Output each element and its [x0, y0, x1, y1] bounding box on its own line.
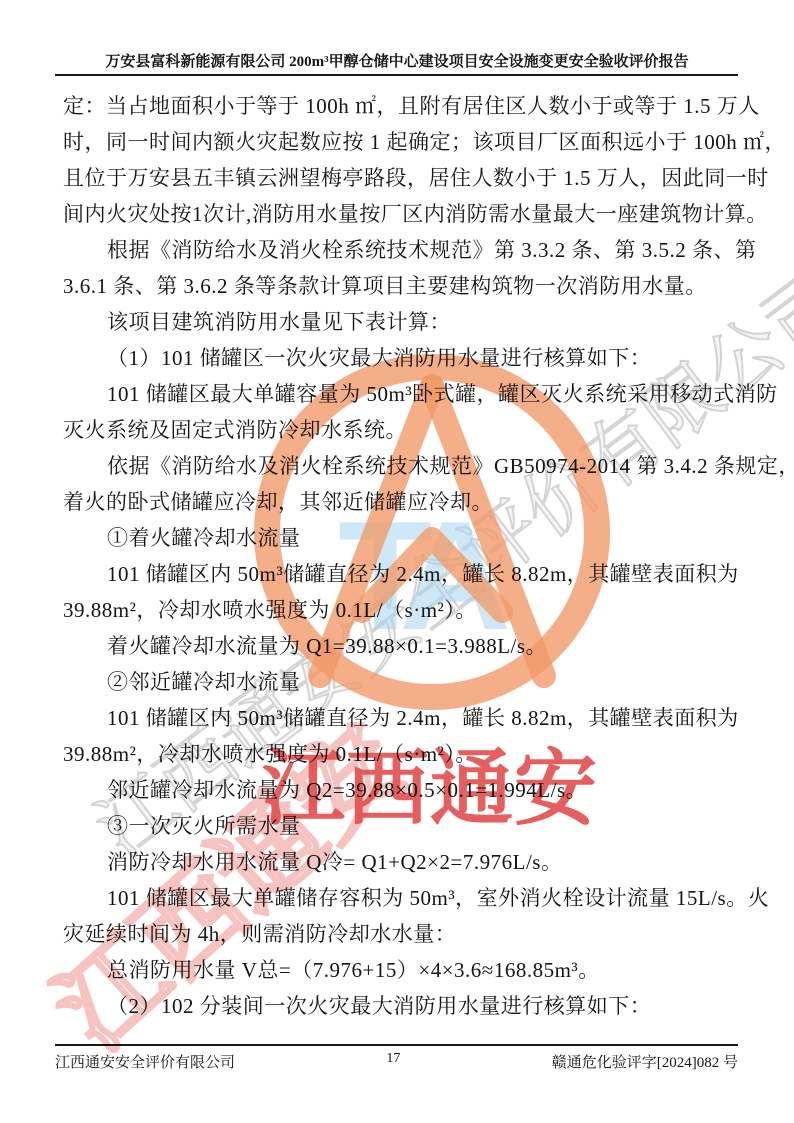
footer: 江西通安安全评价有限公司 17 赣通危化验评字[2024]082 号 [55, 1044, 738, 1072]
text-line: 间内火灾处按1次计,消防用水量按厂区内消防需水量最大一座建筑物计算。 [63, 196, 738, 232]
text-line: ②邻近罐冷却水流量 [63, 664, 738, 700]
text-line: 邻近罐冷却水流量为 Q2=39.88×0.5×0.1=1.994L/s。 [63, 772, 738, 808]
text-line: 且位于万安县五丰镇云洲望梅亭路段，居住人数小于 1.5 万人，因此同一时 [63, 160, 738, 196]
text-line: 着火的卧式储罐应冷却，其邻近储罐应冷却。 [63, 484, 738, 520]
footer-company: 江西通安安全评价有限公司 [55, 1051, 235, 1072]
text-line: ③一次灭火所需水量 [63, 808, 738, 844]
text-line: 总消防用水量 V总=（7.976+15）×4×3.6≈168.85m³。 [63, 952, 738, 988]
text-line: 101 储罐区最大单罐容量为 50m³卧式罐，罐区灭火系统采用移动式消防 [63, 376, 738, 412]
body-text: 定：当占地面积小于等于 100h ㎡，且附有居住区人数小于或等于 1.5 万人时… [63, 88, 738, 1024]
text-line: 依据《消防给水及消火栓系统技术规范》GB50974-2014 第 3.4.2 条… [63, 448, 738, 484]
text-line: 39.88m²，冷却水喷水强度为 0.1L/（s·m²）。 [63, 592, 738, 628]
text-line: 101 储罐区内 50m³储罐直径为 2.4m，罐长 8.82m，其罐壁表面积为 [63, 700, 738, 736]
text-line: 3.6.1 条、第 3.6.2 条等条款计算项目主要建构筑物一次消防用水量。 [63, 268, 738, 304]
text-line: 根据《消防给水及消火栓系统技术规范》第 3.3.2 条、第 3.5.2 条、第 [63, 232, 738, 268]
text-line: 101 储罐区最大单罐储存容积为 50m³，室外消火栓设计流量 15L/s。火 [63, 880, 738, 916]
text-line: 该项目建筑消防用水量见下表计算： [63, 304, 738, 340]
footer-page-number: 17 [386, 1051, 400, 1067]
text-line: ①着火罐冷却水流量 [63, 520, 738, 556]
text-line: 灭火系统及固定式消防冷却水系统。 [63, 412, 738, 448]
document-page: 万安县富科新能源有限公司 200m³甲醇仓储中心建设项目安全设施变更安全验收评价… [0, 0, 794, 1123]
text-line: 消防冷却水用水流量 Q冷= Q1+Q2×2=7.976L/s。 [63, 844, 738, 880]
text-line: 着火罐冷却水流量为 Q1=39.88×0.1=3.988L/s。 [63, 628, 738, 664]
page-title: 万安县富科新能源有限公司 200m³甲醇仓储中心建设项目安全设施变更安全验收评价… [0, 50, 794, 71]
footer-doc-number: 赣通危化验评字[2024]082 号 [552, 1051, 738, 1072]
text-line: 39.88m²，冷却水喷水强度为 0.1L/（s·m²）。 [63, 736, 738, 772]
text-line: （1）101 储罐区一次火灾最大消防用水量进行核算如下： [63, 340, 738, 376]
text-line: 时，同一时间内额火灾起数应按 1 起确定；该项目厂区面积远小于 100h ㎡， [63, 124, 738, 160]
text-line: 101 储罐区内 50m³储罐直径为 2.4m，罐长 8.82m，其罐壁表面积为 [63, 556, 738, 592]
text-line: （2）102 分装间一次火灾最大消防用水量进行核算如下： [63, 988, 738, 1024]
text-line: 灾延续时间为 4h，则需消防冷却水水量： [63, 916, 738, 952]
text-line: 定：当占地面积小于等于 100h ㎡，且附有居住区人数小于或等于 1.5 万人 [63, 88, 738, 124]
header-rule [55, 74, 738, 76]
